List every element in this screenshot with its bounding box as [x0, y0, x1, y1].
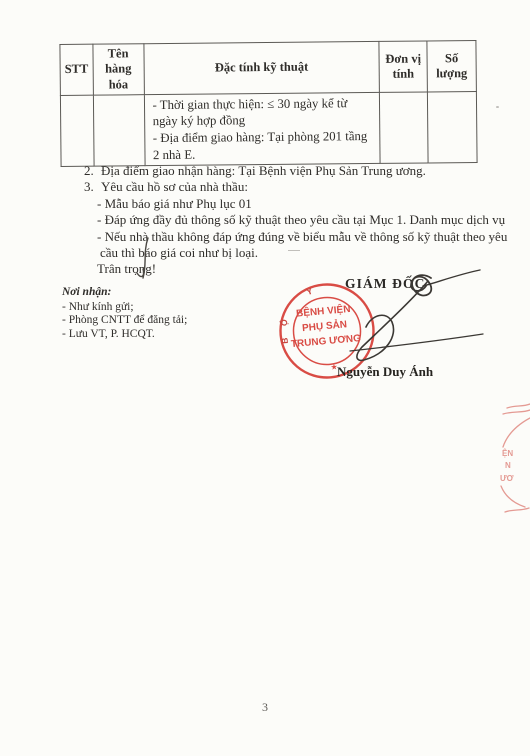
- page-number: 3: [0, 700, 530, 715]
- scan-artifact: [489, 237, 499, 238]
- list-item-text: Yêu cầu hồ sơ của nhà thầu:: [101, 179, 248, 194]
- stamp-rim-letter: Ộ: [277, 318, 289, 328]
- col-header-dac-tinh: Đặc tính kỹ thuật: [143, 41, 379, 94]
- edge-stamp-fragment-icon: ỆN N ƯƠ: [493, 402, 530, 514]
- list-item-3: 3.Yêu cầu hồ sơ của nhà thầu:: [84, 179, 502, 195]
- recipients-block: Nơi nhận: - Như kính gửi; - Phòng CNTT đ…: [62, 286, 187, 341]
- table-row: - Thời gian thực hiện: ≤ 30 ngày kể từ n…: [60, 91, 477, 166]
- col-header-ten-hang-hoa: Tên hàng hóa: [93, 44, 144, 95]
- list-number: 3.: [84, 179, 101, 195]
- cell-don-vi: [380, 92, 429, 164]
- col-header-don-vi: Đơn vị tính: [379, 41, 427, 92]
- edge-stamp-text: ỆN: [502, 449, 513, 458]
- recipients-label: Nơi nhận:: [62, 286, 187, 299]
- scanned-document-page: STT Tên hàng hóa Đặc tính kỹ thuật Đơn v…: [0, 0, 530, 756]
- recipient-line: - Lưu VT, P. HCQT.: [62, 328, 187, 341]
- cell-ten-hang-hoa: [93, 94, 145, 166]
- bullet-line: - Nếu nhà thầu không đáp ứng đúng về biể…: [97, 229, 502, 245]
- list-item-text: Địa điểm giao nhận hàng: Tại Bệnh viện P…: [101, 163, 426, 178]
- pen-tick-icon: [131, 234, 157, 280]
- cell-dac-tinh: - Thời gian thực hiện: ≤ 30 ngày kể từ n…: [144, 92, 380, 166]
- list-item-2: 2.Địa điểm giao nhận hàng: Tại Bệnh viện…: [84, 163, 502, 179]
- cell-stt: [60, 95, 93, 167]
- col-header-stt: STT: [60, 44, 93, 95]
- table-header-row: STT Tên hàng hóa Đặc tính kỹ thuật Đơn v…: [60, 41, 476, 96]
- recipient-line: - Như kính gửi;: [62, 301, 187, 314]
- recipient-line: - Phòng CNTT để đăng tải;: [62, 314, 187, 327]
- cell-so-luong: [427, 91, 477, 163]
- signer-name: Nguyễn Duy Ánh: [337, 364, 433, 380]
- spec-line: - Thời gian thực hiện: ≤ 30 ngày kể từ n…: [152, 95, 374, 130]
- handwritten-signature-icon: [300, 250, 500, 362]
- scan-artifact: [496, 106, 499, 108]
- list-number: 2.: [84, 163, 101, 179]
- stamp-rim-letter: B: [280, 337, 290, 344]
- col-header-so-luong: Số lượng: [427, 41, 476, 92]
- spec-line: - Địa điểm giao hàng: Tại phòng 201 tầng…: [153, 128, 375, 163]
- bullet-line: - Đáp ứng đầy đủ thông số kỹ thuật theo …: [97, 212, 502, 228]
- bullet-line: - Mẫu báo giá như Phụ lục 01: [97, 196, 502, 212]
- scan-artifact: [288, 250, 300, 251]
- edge-stamp-text: ƯƠ: [500, 474, 514, 483]
- edge-stamp-text: N: [505, 461, 511, 470]
- spec-table: STT Tên hàng hóa Đặc tính kỹ thuật Đơn v…: [59, 40, 477, 167]
